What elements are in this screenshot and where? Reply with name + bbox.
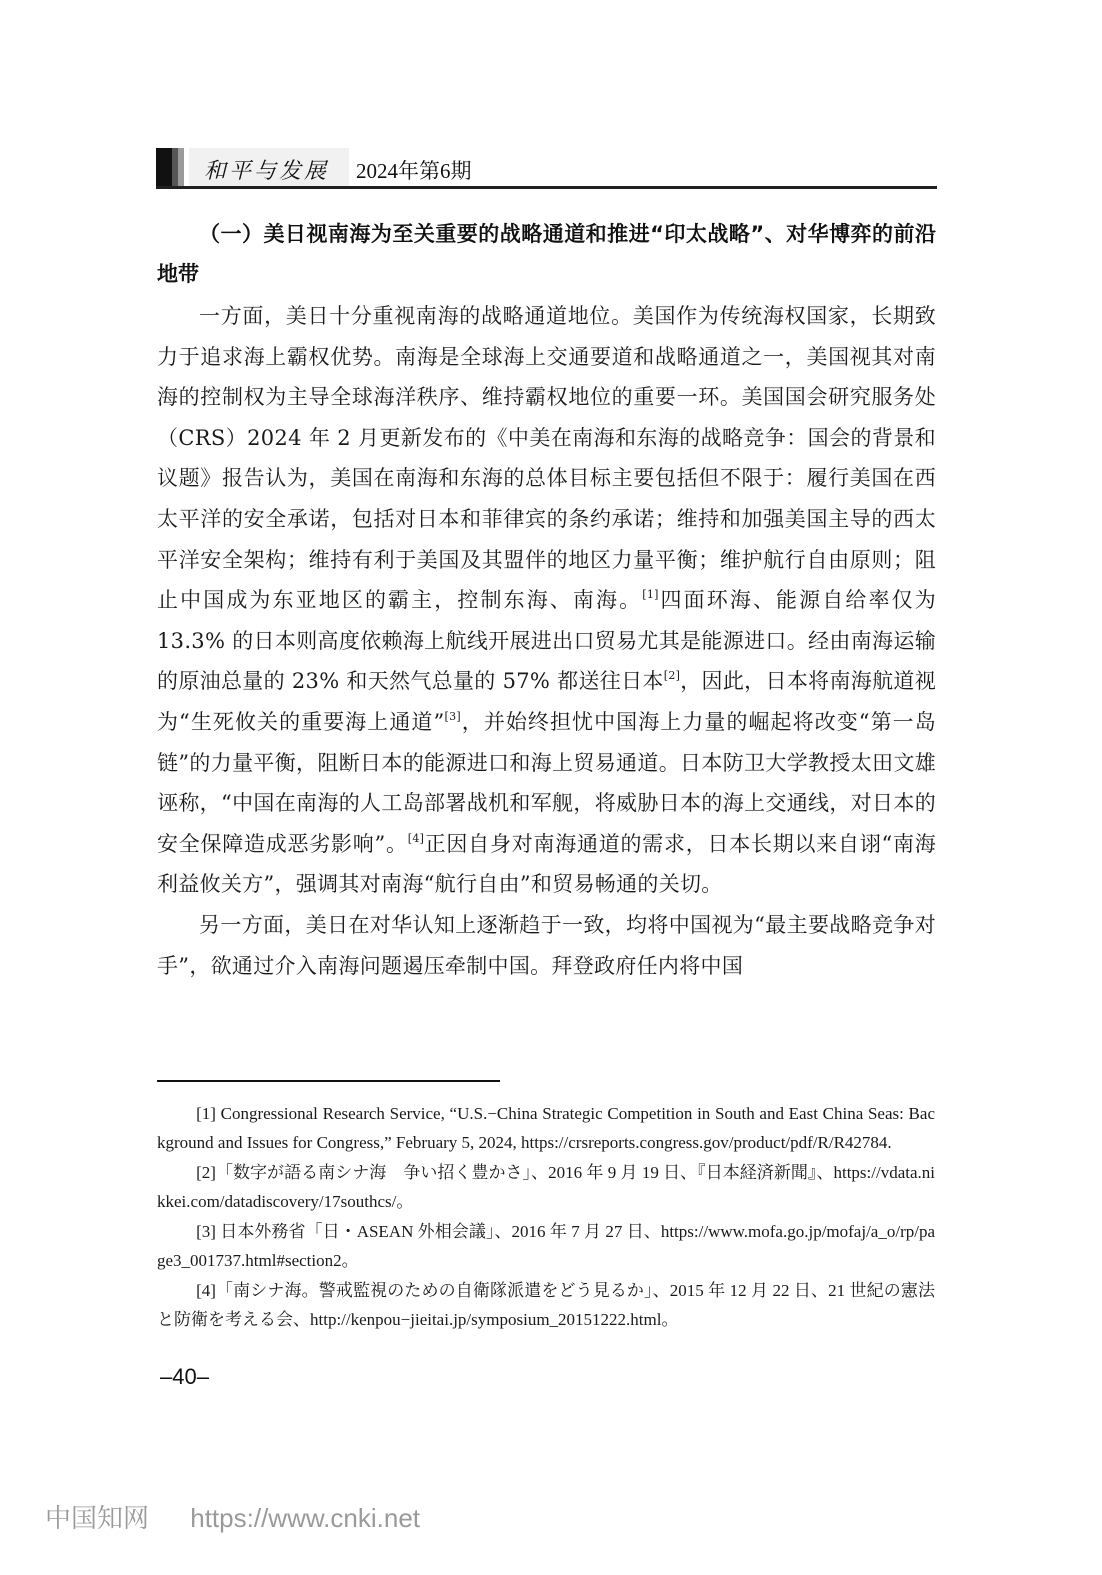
header-bar-black bbox=[156, 148, 172, 188]
footnote-3: [3] 日本外務省「日・ASEAN 外相会議」、2016 年 7 月 27 日、… bbox=[157, 1218, 935, 1275]
header-rule bbox=[156, 186, 937, 189]
footnotes: [1] Congressional Research Service, “U.S… bbox=[157, 1100, 935, 1336]
footnote-rule bbox=[157, 1080, 500, 1082]
footnote-1: [1] Congressional Research Service, “U.S… bbox=[157, 1100, 935, 1157]
page-number: –40– bbox=[160, 1364, 209, 1390]
journal-title: 和平与发展 bbox=[204, 154, 329, 185]
paragraph-text: 另一方面，美日在对华认知上逐渐趋于一致，均将中国视为“最主要战略竞争对手”，欲通… bbox=[157, 913, 936, 978]
header-bar-light-gray bbox=[178, 148, 184, 188]
watermark-site-name: 中国知网 bbox=[45, 1503, 149, 1533]
running-header: 和平与发展 2024年第6期 bbox=[156, 148, 937, 188]
footnote-ref[interactable]: [2] bbox=[664, 669, 680, 682]
section-heading: （一）美日视南海为至关重要的战略通道和推进“印太战略”、对华博弈的前沿地带 bbox=[157, 214, 936, 294]
watermark-url: https://www.cnki.net bbox=[190, 1503, 420, 1533]
article-body: （一）美日视南海为至关重要的战略通道和推进“印太战略”、对华博弈的前沿地带 一方… bbox=[157, 214, 936, 986]
paragraph-text: 一方面，美日十分重视南海的战略通道地位。美国作为传统海权国家，长期致力于追求海上… bbox=[157, 304, 936, 612]
issue-label: 2024年第6期 bbox=[356, 155, 472, 185]
watermark: 中国知网 https://www.cnki.net bbox=[45, 1498, 420, 1535]
footnote-ref[interactable]: [4] bbox=[408, 832, 424, 845]
paragraph: 另一方面，美日在对华认知上逐渐趋于一致，均将中国视为“最主要战略竞争对手”，欲通… bbox=[157, 905, 936, 986]
footnote-ref[interactable]: [3] bbox=[445, 710, 461, 723]
paragraph: 一方面，美日十分重视南海的战略通道地位。美国作为传统海权国家，长期致力于追求海上… bbox=[157, 296, 936, 905]
footnote-4: [4]「南シナ海。警戒監視のための自衛隊派遣をどう見るか」、2015 年 12 … bbox=[157, 1277, 935, 1334]
footnote-ref[interactable]: [1] bbox=[642, 588, 658, 601]
footnote-2: [2]「数字が語る南シナ海 争い招く豊かさ」、2016 年 9 月 19 日、『… bbox=[157, 1159, 935, 1216]
